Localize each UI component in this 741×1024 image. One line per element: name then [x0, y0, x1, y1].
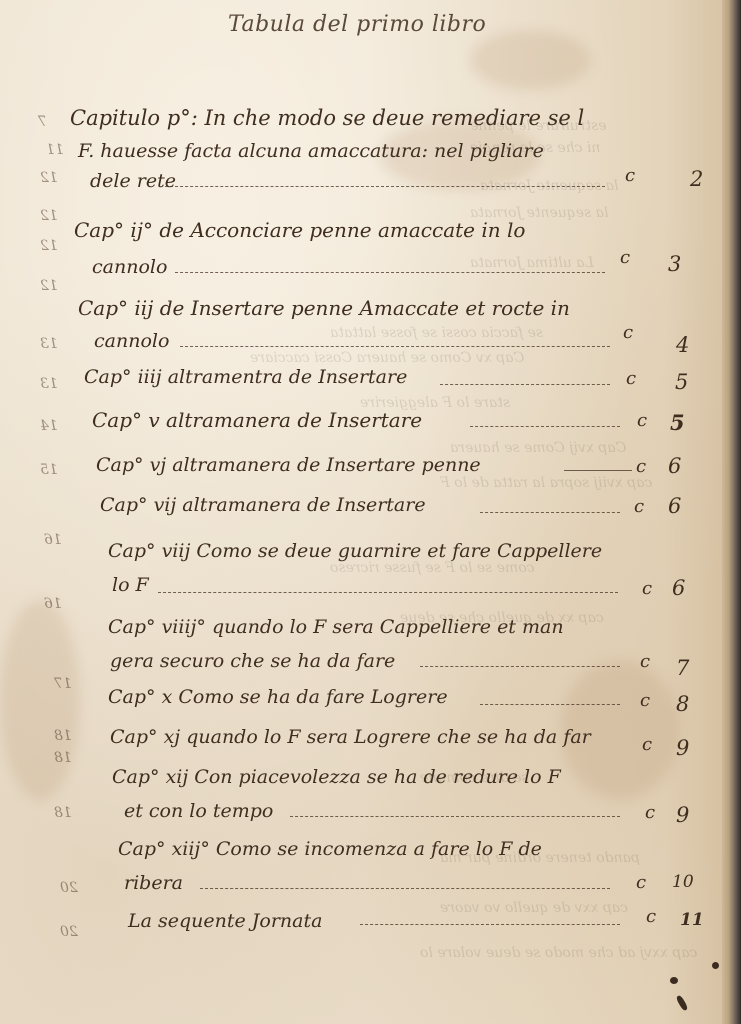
dotted-leader [180, 346, 610, 347]
bleed-through-text: La ultima Jornata [470, 255, 594, 271]
margin-number: 20 [60, 880, 78, 896]
bleed-through-text: cap xxv de quello vo vaore [440, 900, 628, 916]
bleed-through-text: se faccia cossi se fosse lattata [330, 325, 543, 341]
folio-number: 7 [676, 656, 689, 680]
margin-number: 18 [54, 750, 72, 766]
entry-line: Cap° viiij° quando lo F sera Cappelliere… [108, 616, 564, 638]
dotted-leader [480, 512, 620, 513]
ink-spot [712, 962, 719, 969]
entry-line: Cap° iij de Insertare penne Amaccate et … [78, 296, 570, 320]
folio-number: 6 [668, 454, 681, 478]
folio-number: 9 [676, 803, 689, 827]
folio-number: 9 [676, 736, 689, 760]
bleed-through-text: come se lo F se fusse ricreso [330, 560, 535, 576]
folio-mark: c [642, 578, 652, 599]
stain [0, 600, 80, 800]
book-spine-edge [722, 0, 741, 1024]
folio-number: 6 [668, 494, 681, 518]
folio-number: 5 [675, 370, 688, 394]
folio-number: 8 [676, 692, 689, 716]
folio-mark: c [645, 802, 655, 823]
folio-number: 2 [690, 167, 703, 191]
entry-line: Cap° v altramanera de Insertare [92, 408, 422, 432]
folio-mark: c [646, 906, 656, 927]
margin-number: 12 [40, 278, 58, 294]
bleed-through-text: Cap xv Como se hauera Cossi cacciare [250, 350, 524, 366]
entry-line: ribera [124, 872, 183, 894]
folio-mark: c [640, 690, 650, 711]
manuscript-page: estruirare le penne ni che se le rengie … [0, 0, 722, 1024]
folio-number: 3 [668, 252, 681, 276]
entry-line: et con lo tempo [124, 800, 273, 822]
margin-number: 12 [40, 170, 58, 186]
margin-number: 16 [44, 532, 62, 548]
margin-number: 18 [54, 805, 72, 821]
folio-mark: c [623, 322, 633, 343]
ink-stroke [675, 995, 688, 1012]
entry-line: Cap° x Como se ha da fare Logrere [108, 686, 448, 708]
folio-mark: c [640, 651, 650, 672]
folio-mark: c [634, 496, 644, 517]
ink-spot [670, 977, 678, 984]
dotted-leader [165, 186, 605, 187]
dotted-leader [564, 470, 632, 471]
entry-line: Cap° ij° de Acconciare penne amaccate in… [74, 218, 525, 242]
stain [470, 30, 590, 90]
entry-line: F. hauesse facta alcuna amaccatura: nel … [78, 140, 544, 162]
margin-number: 14 [40, 418, 58, 434]
folio-mark: c [620, 247, 630, 268]
entry-line: Cap° vj altramanera de Insertare penne [96, 454, 481, 476]
folio-mark: c [642, 734, 652, 755]
folio-mark: c [636, 872, 646, 893]
entry-line: Cap° vij altramanera de Insertare [100, 494, 426, 516]
dotted-leader [290, 816, 620, 817]
entry-line: cannolo [92, 256, 167, 278]
dotted-leader [175, 272, 605, 273]
margin-number: 13 [40, 376, 58, 392]
folio-number: 5 [670, 410, 685, 435]
margin-number: 11 [46, 142, 64, 158]
margin-number: 17 [54, 676, 72, 692]
entry-line: Cap° xij Con piacevolezza se ha de redur… [112, 766, 561, 788]
margin-number: 20 [60, 924, 78, 940]
bleed-through-text: cap xxvj ad che modo se deue volare lo [420, 945, 697, 961]
folio-mark: c [636, 456, 646, 477]
folio-number: 10 [672, 872, 694, 892]
entry-line: Cap° xj quando lo F sera Logrere che se … [110, 726, 591, 748]
margin-number: 16 [44, 596, 62, 612]
folio-number: 4 [676, 333, 689, 357]
margin-number: 12 [40, 208, 58, 224]
entry-line: lo F [112, 574, 149, 596]
margin-number: 15 [40, 462, 58, 478]
folio-mark: c [637, 410, 647, 431]
margin-number: 18 [54, 728, 72, 744]
margin-number: 13 [40, 336, 58, 352]
margin-number: 12 [40, 238, 58, 254]
dotted-leader [158, 592, 618, 593]
entry-line: Cap° xiij° Como se incomenza a fare lo F… [118, 838, 542, 860]
entry-line: cannolo [94, 330, 169, 352]
entry-line: gera securo che se ha da fare [110, 650, 395, 672]
folio-mark: c [626, 368, 636, 389]
dotted-leader [420, 666, 620, 667]
dotted-leader [200, 888, 610, 889]
entry-line: Capitulo p°: In che modo se deue remedia… [70, 106, 584, 130]
margin-number: 7 [38, 114, 47, 130]
entry-line: La sequente Jornata [128, 910, 322, 932]
entry-line: Cap° viij Como se deue guarnire et fare … [108, 540, 602, 562]
bleed-through-text: cap xviij sopra la ratta de lo F [440, 475, 652, 491]
dotted-leader [480, 704, 620, 705]
dotted-leader [470, 426, 620, 427]
entry-line: Cap° iiij altramentra de Insertare [84, 366, 407, 388]
entry-line: dele rete [90, 170, 176, 192]
folio-number: 11 [680, 910, 704, 930]
dotted-leader [360, 924, 620, 925]
page-title: Tabula del primo libro [228, 12, 486, 37]
folio-number: 6 [672, 576, 685, 600]
folio-mark: c [625, 165, 635, 186]
dotted-leader [440, 384, 610, 385]
